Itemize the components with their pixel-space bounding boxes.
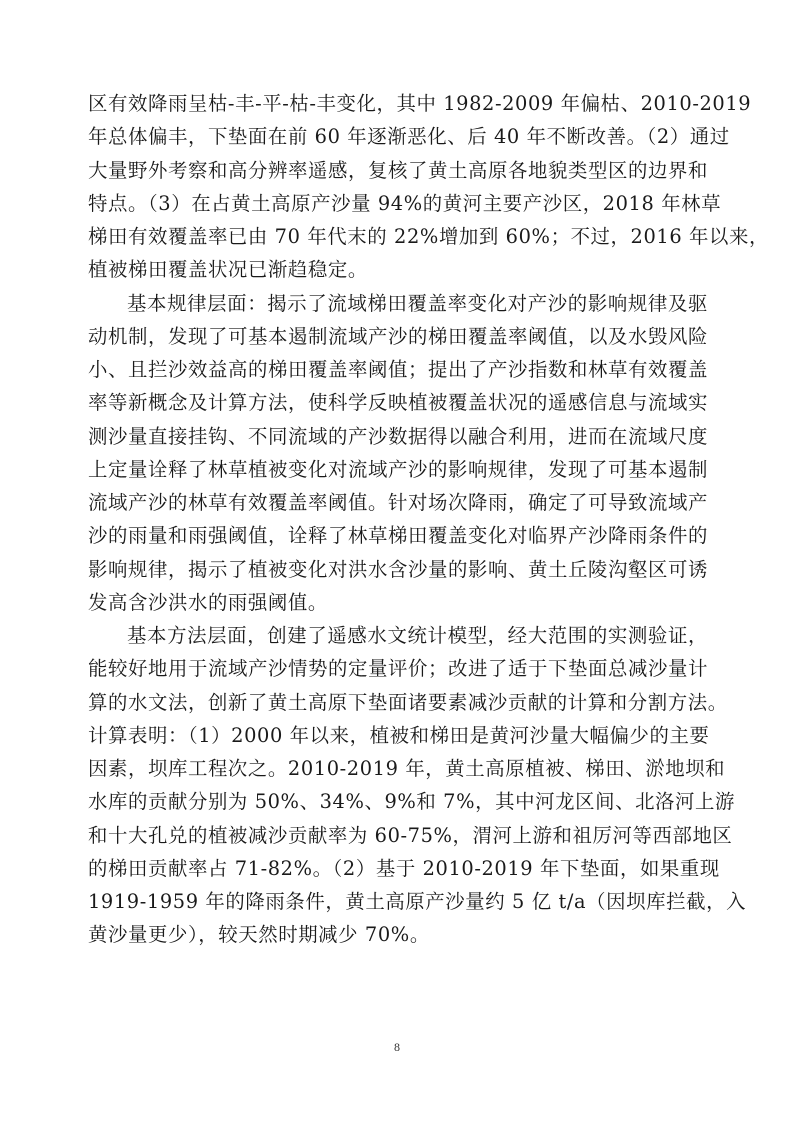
text-line: 的梯田贡献率占 71-82%。（2）基于 2010-2019 年下垫面，如果重现	[88, 852, 708, 885]
text-line: 沙的雨量和雨强阈值，诠释了林草梯田覆盖变化对临界产沙降雨条件的	[88, 519, 708, 552]
text-line: 特点。（3）在占黄土高原产沙量 94%的黄河主要产沙区，2018 年林草	[88, 187, 708, 220]
paragraph-basic-methods: 基本方法层面，创建了遥感水文统计模型，经大范围的实测验证， 能较好地用于流域产沙…	[88, 619, 708, 952]
text-line: 水库的贡献分别为 50%、34%、9%和 7%，其中河龙区间、北洛河上游	[88, 785, 708, 818]
text-line: 年总体偏丰，下垫面在前 60 年逐渐恶化、后 40 年不断改善。（2）通过	[88, 120, 708, 153]
text-line: 基本方法层面，创建了遥感水文统计模型，经大范围的实测验证，	[88, 619, 708, 652]
text-line: 基本规律层面：揭示了流域梯田覆盖率变化对产沙的影响规律及驱	[88, 287, 708, 320]
text-line: 黄沙量更少），较天然时期减少 70%。	[88, 918, 708, 951]
text-line: 1919-1959 年的降雨条件，黄土高原产沙量约 5 亿 t/a（因坝库拦截，…	[88, 885, 708, 918]
text-line: 小、且拦沙效益高的梯田覆盖率阈值；提出了产沙指数和林草有效覆盖	[88, 353, 708, 386]
text-line: 植被梯田覆盖状况已渐趋稳定。	[88, 253, 708, 286]
paragraph-basic-laws: 基本规律层面：揭示了流域梯田覆盖率变化对产沙的影响规律及驱 动机制，发现了可基本…	[88, 287, 708, 620]
text-line: 区有效降雨呈枯-丰-平-枯-丰变化，其中 1982-2009 年偏枯、2010-…	[88, 87, 708, 120]
text-line: 动机制，发现了可基本遏制流域产沙的梯田覆盖率阈值，以及水毁风险	[88, 320, 708, 353]
text-line: 和十大孔兑的植被减沙贡献率为 60-75%，渭河上游和祖厉河等西部地区	[88, 819, 708, 852]
text-line: 流域产沙的林草有效覆盖率阈值。针对场次降雨，确定了可导致流域产	[88, 486, 708, 519]
text-line: 因素，坝库工程次之。2010-2019 年，黄土高原植被、梯田、淤地坝和	[88, 752, 708, 785]
text-line: 能较好地用于流域产沙情势的定量评价；改进了适于下垫面总减沙量计	[88, 652, 708, 685]
text-line: 上定量诠释了林草植被变化对流域产沙的影响规律，发现了可基本遏制	[88, 453, 708, 486]
text-line: 测沙量直接挂钩、不同流域的产沙数据得以融合利用，进而在流域尺度	[88, 420, 708, 453]
text-line: 影响规律，揭示了植被变化对洪水含沙量的影响、黄土丘陵沟壑区可诱	[88, 553, 708, 586]
text-line: 梯田有效覆盖率已由 70 年代末的 22%增加到 60%；不过，2016 年以来…	[88, 220, 708, 253]
text-line: 大量野外考察和高分辨率遥感，复核了黄土高原各地貌类型区的边界和	[88, 154, 708, 187]
paragraph-continuation-findings: 区有效降雨呈枯-丰-平-枯-丰变化，其中 1982-2009 年偏枯、2010-…	[88, 87, 708, 287]
page-number: 8	[0, 1040, 794, 1055]
text-line: 发高含沙洪水的雨强阈值。	[88, 586, 708, 619]
document-body: 区有效降雨呈枯-丰-平-枯-丰变化，其中 1982-2009 年偏枯、2010-…	[88, 87, 708, 952]
text-line: 率等新概念及计算方法，使科学反映植被覆盖状况的遥感信息与流域实	[88, 386, 708, 419]
text-line: 计算表明：（1）2000 年以来，植被和梯田是黄河沙量大幅偏少的主要	[88, 719, 708, 752]
text-line: 算的水文法，创新了黄土高原下垫面诸要素减沙贡献的计算和分割方法。	[88, 686, 708, 719]
